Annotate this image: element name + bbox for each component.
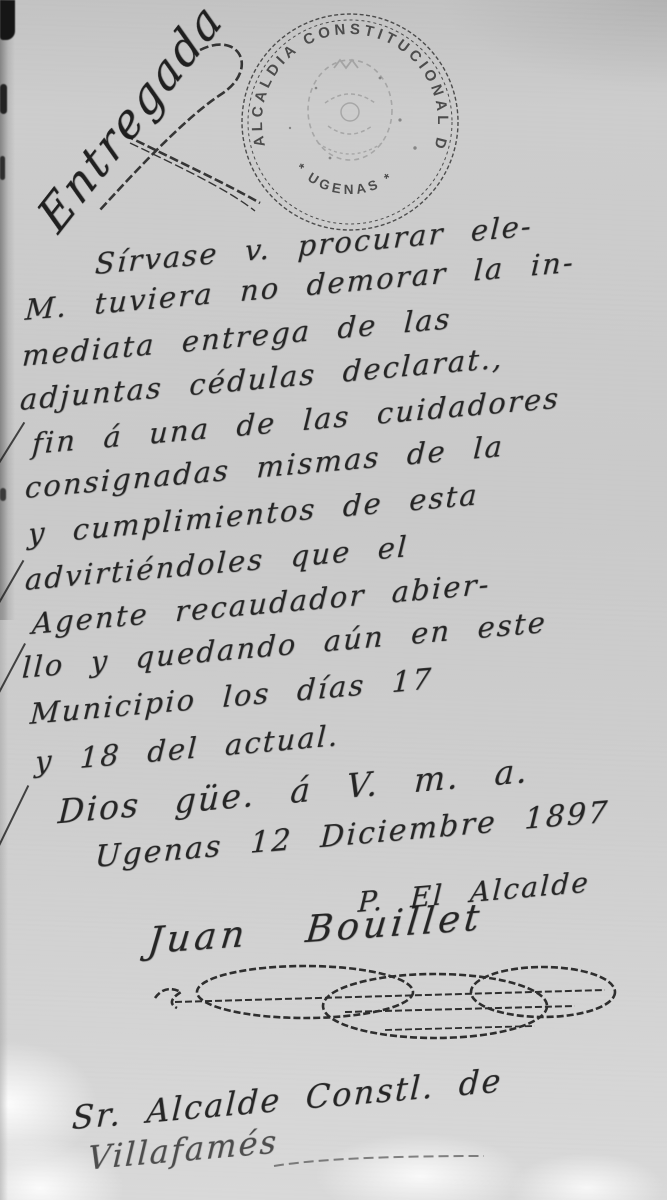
edge-ink-blot <box>0 488 6 501</box>
addressee-underline <box>270 1150 490 1174</box>
scanned-letter-page: ALCALDIA CONSTITUCIONAL DE * UGENAS * En… <box>0 0 667 1200</box>
edge-ink-blot <box>0 84 7 114</box>
annotation-flourish <box>55 25 275 235</box>
signature-rubric <box>135 950 625 1060</box>
edge-ink-blot <box>0 0 15 40</box>
edge-ink-blot <box>0 156 5 180</box>
stamp-bottom-text: * UGENAS * <box>293 160 397 197</box>
stamp-crest <box>308 60 392 160</box>
